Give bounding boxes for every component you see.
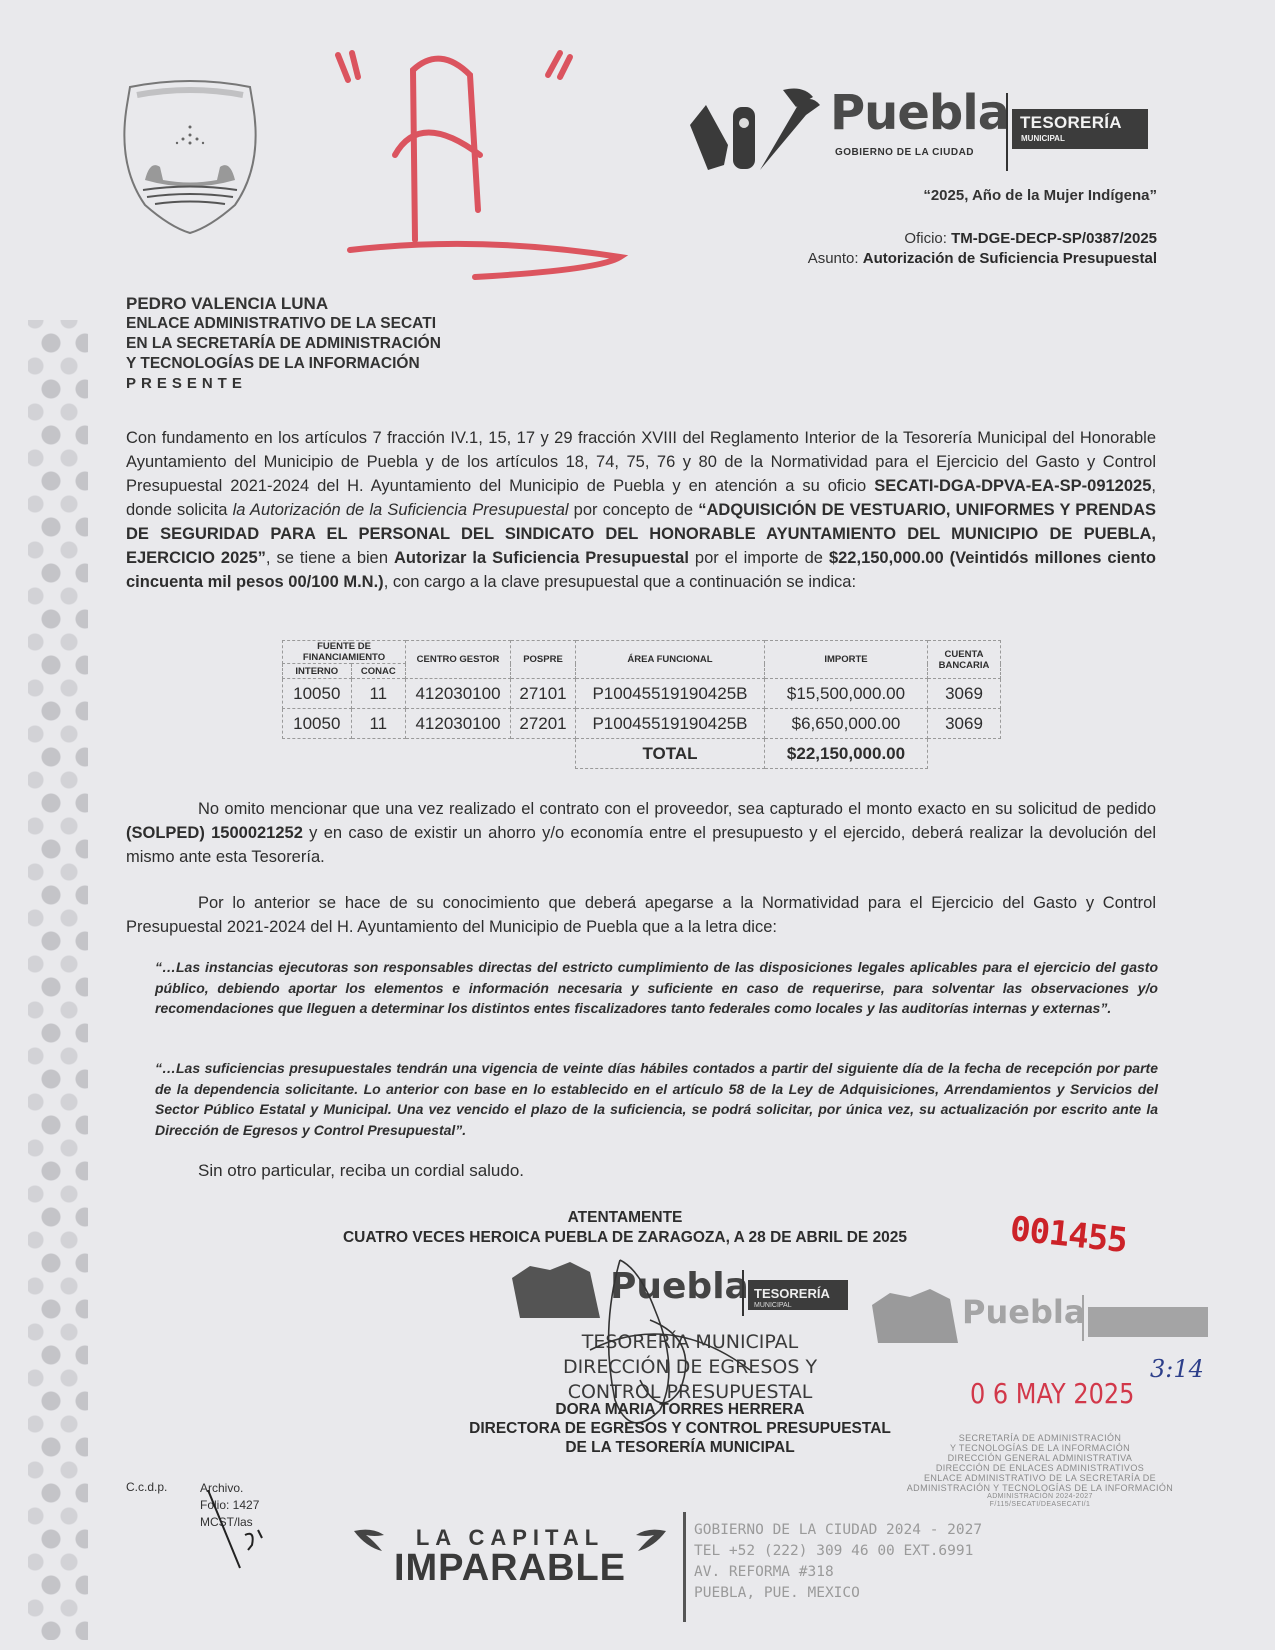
contact-info: GOBIERNO DE LA CIUDAD 2024 - 2027 TEL +5… [694,1520,982,1604]
puebla-tesoreria-logo: Puebla GOBIERNO DE LA CIUDAD TESORERÍA M… [688,85,1148,175]
recipient-title-line: EN LA SECRETARÍA DE ADMINISTRACIÓN [126,334,441,354]
header-importe: IMPORTE [765,641,928,679]
recipient-title-line: ENLACE ADMINISTRATIVO DE LA SECATI [126,314,441,334]
oficio-line: Oficio: TM-DGE-DECP-SP/0387/2025 [808,229,1157,249]
asunto-value: Autorización de Suficiencia Presupuestal [863,250,1157,267]
secati-received-seal: SECRETARÍA DE ADMINISTRACIÓN Y TECNOLOGÍ… [880,1433,1200,1509]
recipient-block: PEDRO VALENCIA LUNA ENLACE ADMINISTRATIV… [126,294,441,394]
puebla-emblem-icon [688,85,823,175]
year-slogan: “2025, Año de la Mujer Indígena” [923,187,1157,204]
puebla-wordmark: Puebla [830,85,1009,141]
normatividad-paragraph: Por lo anterior se hace de su conocimien… [126,891,1156,939]
municipal-crest-icon [115,75,265,235]
logo-divider [1006,93,1008,171]
request-oficio-number: SECATI-DGA-DPVA-EA-SP-0912025 [874,477,1151,495]
la-capital-imparable-logo: LA CAPITAL IMPARABLE [360,1525,660,1590]
table-row: 10050 11 412030100 27201 P10045519190425… [283,709,1001,739]
header-pospre: POSPRE [511,641,576,679]
received-time-handwritten: 3:14 [1150,1355,1204,1383]
header-fuente: FUENTE DE FINANCIAMIENTO [283,641,406,664]
header-centro-gestor: CENTRO GESTOR [406,641,511,679]
recipient-title-line: Y TECNOLOGÍAS DE LA INFORMACIÓN [126,354,441,374]
gobierno-ciudad-label: GOBIERNO DE LA CIUDAD [835,147,974,158]
quote-vigencia: “…Las suficiencias presupuestales tendrá… [155,1058,1158,1140]
table-row: 10050 11 412030100 27101 P10045519190425… [283,679,1001,709]
contact-phone: TEL +52 (222) 309 46 00 EXT.6991 [694,1541,982,1562]
closing-greeting: Sin otro particular, reciba un cordial s… [198,1161,524,1181]
side-ornament-pattern [28,320,88,1640]
solped-paragraph: No omito mencionar que una vez realizado… [126,797,1156,869]
header-area-funcional: ÁREA FUNCIONAL [576,641,765,679]
wing-right-icon [634,1527,668,1553]
handwritten-red-mark [330,45,660,285]
tesoreria-badge-title: TESORERÍA [1020,113,1122,133]
received-date-stamp: 0 6 MAY 2025 [970,1378,1134,1410]
signature-header: ATENTAMENTE CUATRO VECES HEROICA PUEBLA … [300,1209,950,1247]
contact-city: PUEBLA, PUE. MEXICO [694,1583,982,1604]
secati-receipt-logo: Puebla [870,1285,1210,1345]
capital-slogan-bottom: IMPARABLE [360,1547,660,1590]
svg-text:Puebla: Puebla [962,1293,1085,1331]
handwritten-initials [200,1490,270,1570]
total-value: $22,150,000.00 [765,739,928,769]
quote-responsibilities: “…Las instancias ejecutoras son responsa… [155,957,1158,1019]
document-reference: Oficio: TM-DGE-DECP-SP/0387/2025 Asunto:… [808,229,1157,269]
tesoreria-badge: TESORERÍA MUNICIPAL [1012,109,1148,149]
ccdp-label: C.c.d.p. [126,1480,167,1494]
place-date: CUATRO VECES HEROICA PUEBLA DE ZARAGOZA,… [300,1229,950,1247]
solped-number: (SOLPED) 1500021252 [126,824,303,842]
main-paragraph: Con fundamento en los artículos 7 fracci… [126,426,1156,594]
presente-label: PRESENTE [126,374,441,394]
footer-divider [683,1512,686,1622]
recipient-name: PEDRO VALENCIA LUNA [126,294,441,314]
wing-left-icon [352,1527,386,1553]
header-conac: CONAC [351,664,405,679]
table-total-row: TOTAL $22,150,000.00 [283,739,1001,769]
contact-address: AV. REFORMA #318 [694,1562,982,1583]
signer-name: DORA MARIA TORRES HERRERA [380,1400,980,1419]
atentamente-label: ATENTAMENTE [300,1209,950,1227]
oficio-number: TM-DGE-DECP-SP/0387/2025 [951,230,1157,247]
total-label: TOTAL [576,739,765,769]
receipt-folio-stamp: 001455 [1008,1209,1128,1261]
header-interno: INTERNO [283,664,352,679]
budget-key-table: FUENTE DE FINANCIAMIENTO CENTRO GESTOR P… [282,640,1001,769]
header-cuenta-bancaria: CUENTA BANCARIA [928,641,1001,679]
asunto-line: Asunto: Autorización de Suficiencia Pres… [808,249,1157,269]
tesoreria-badge-sub: MUNICIPAL [1021,134,1065,143]
